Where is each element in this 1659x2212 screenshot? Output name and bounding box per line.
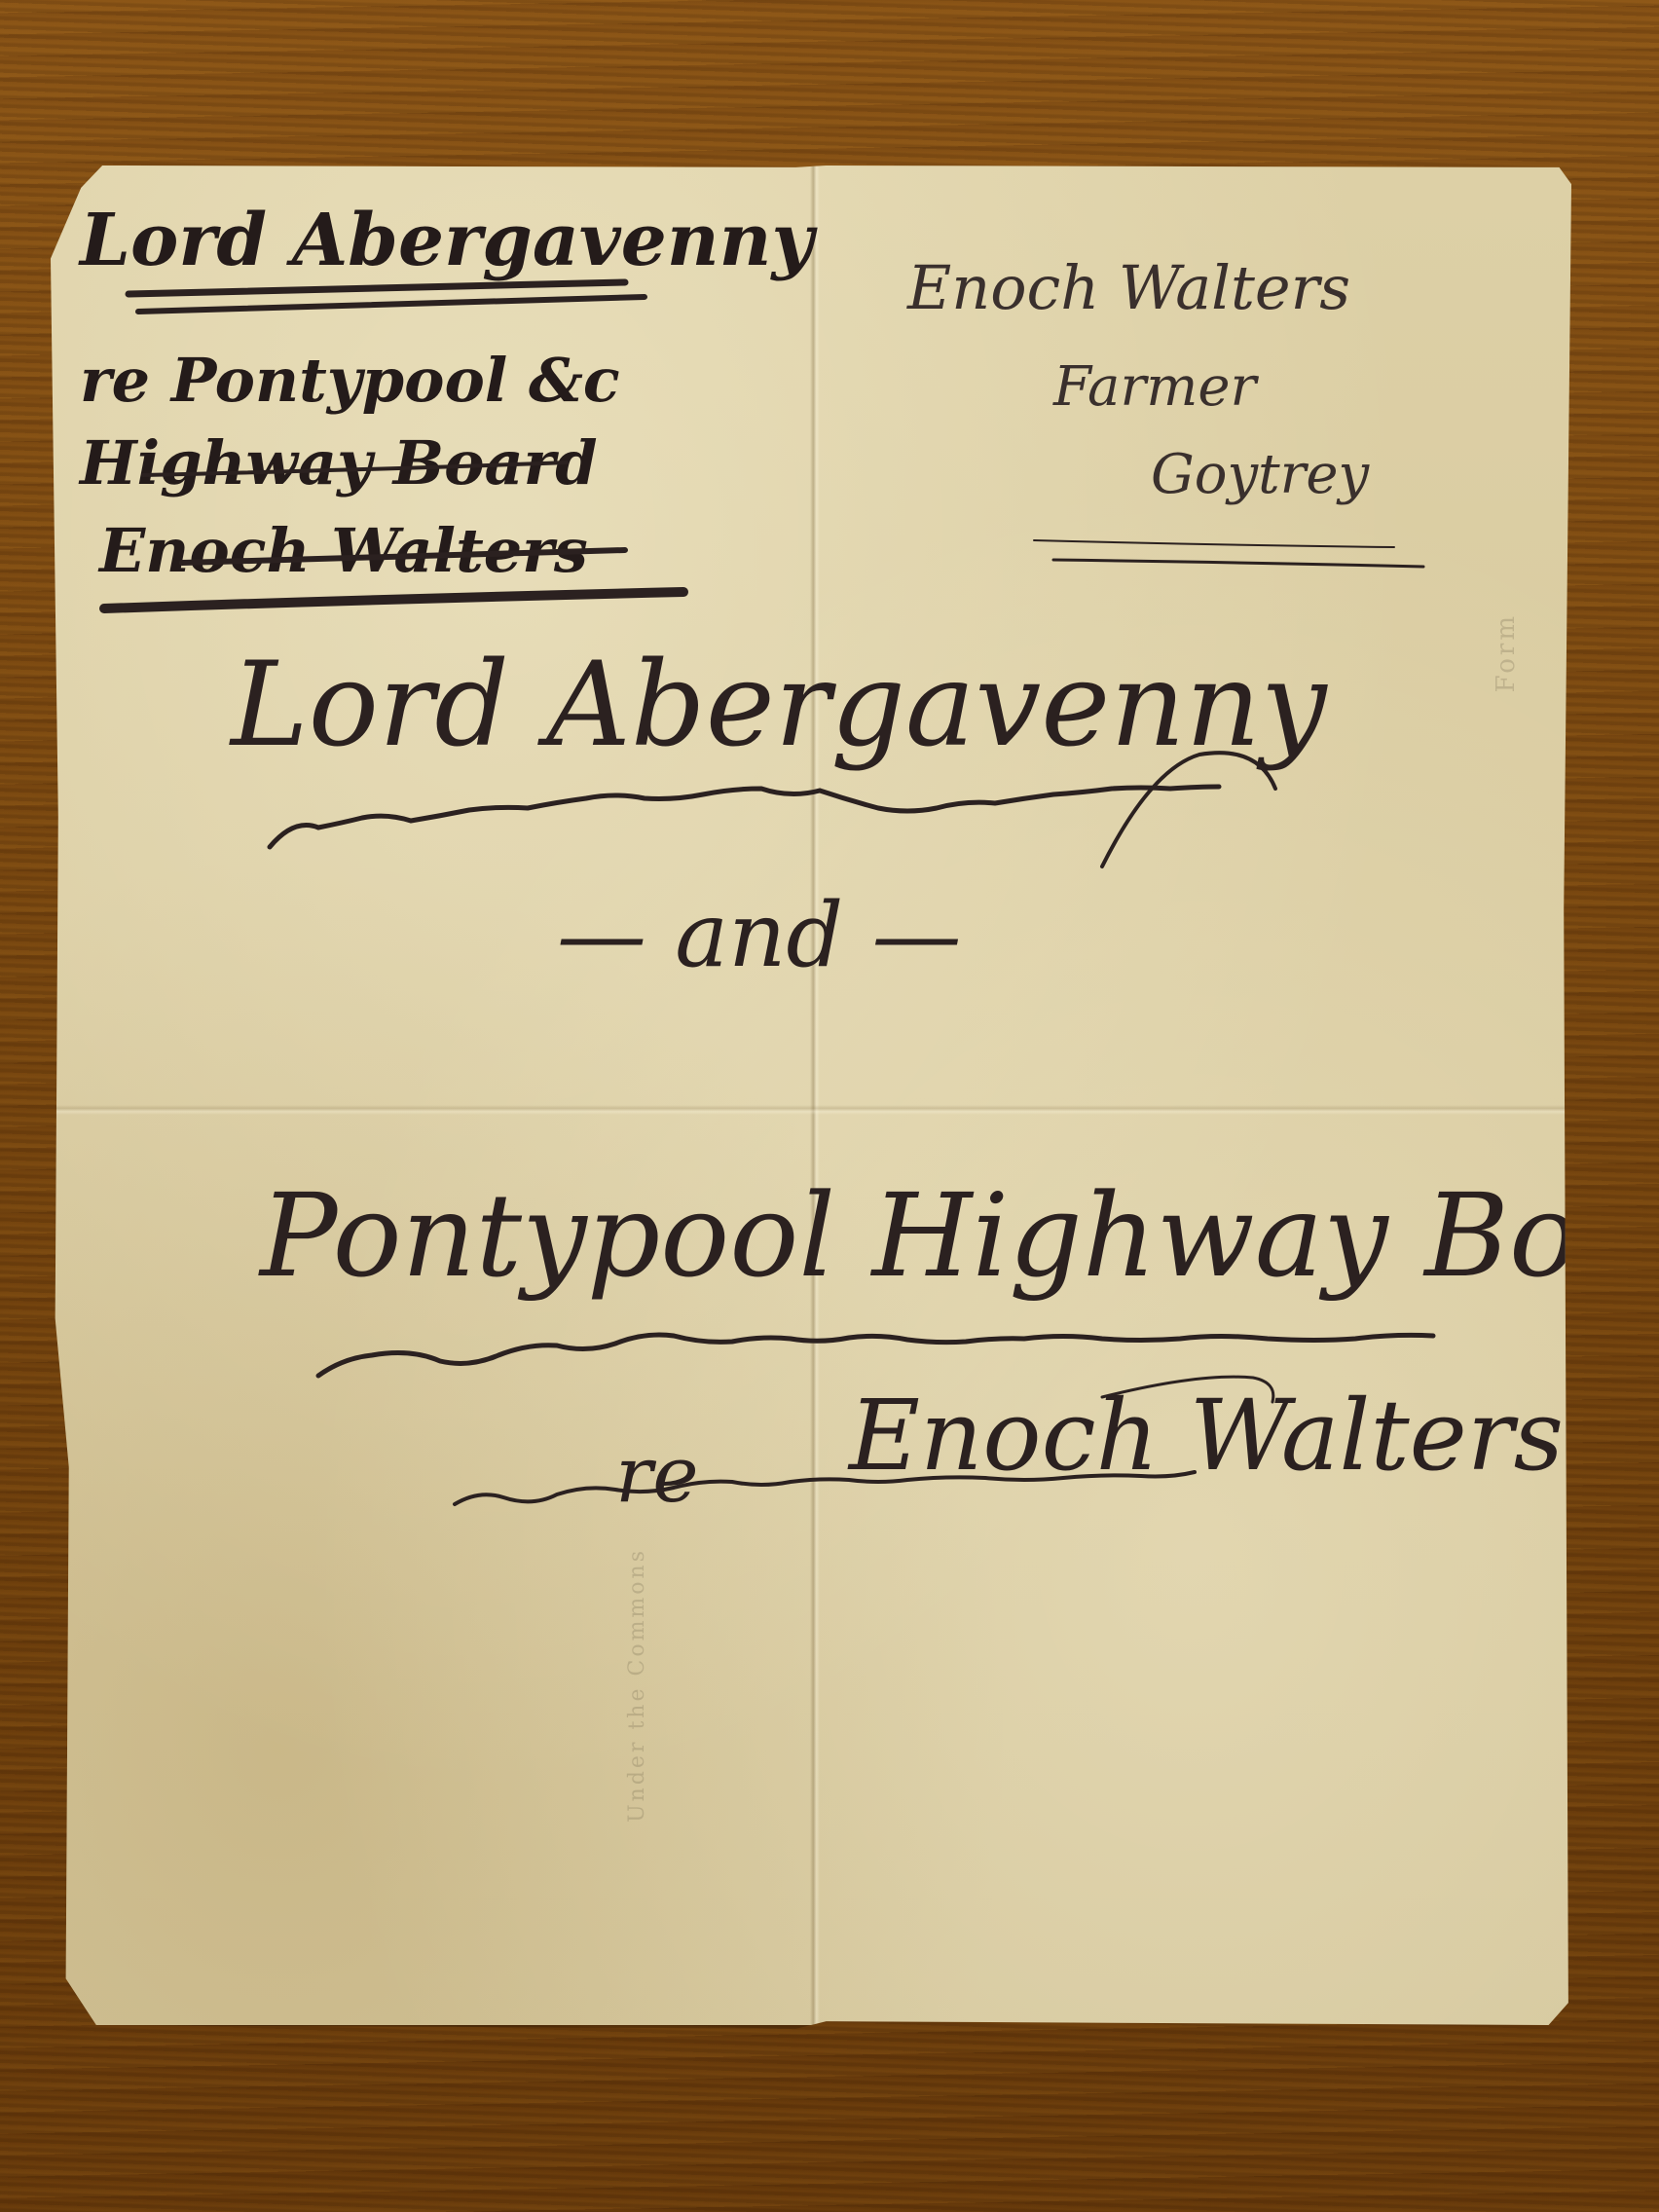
document-paper: Under the Commons Form Lord Abergavenny …: [51, 166, 1571, 2025]
ink-underlines: [51, 166, 1571, 2025]
